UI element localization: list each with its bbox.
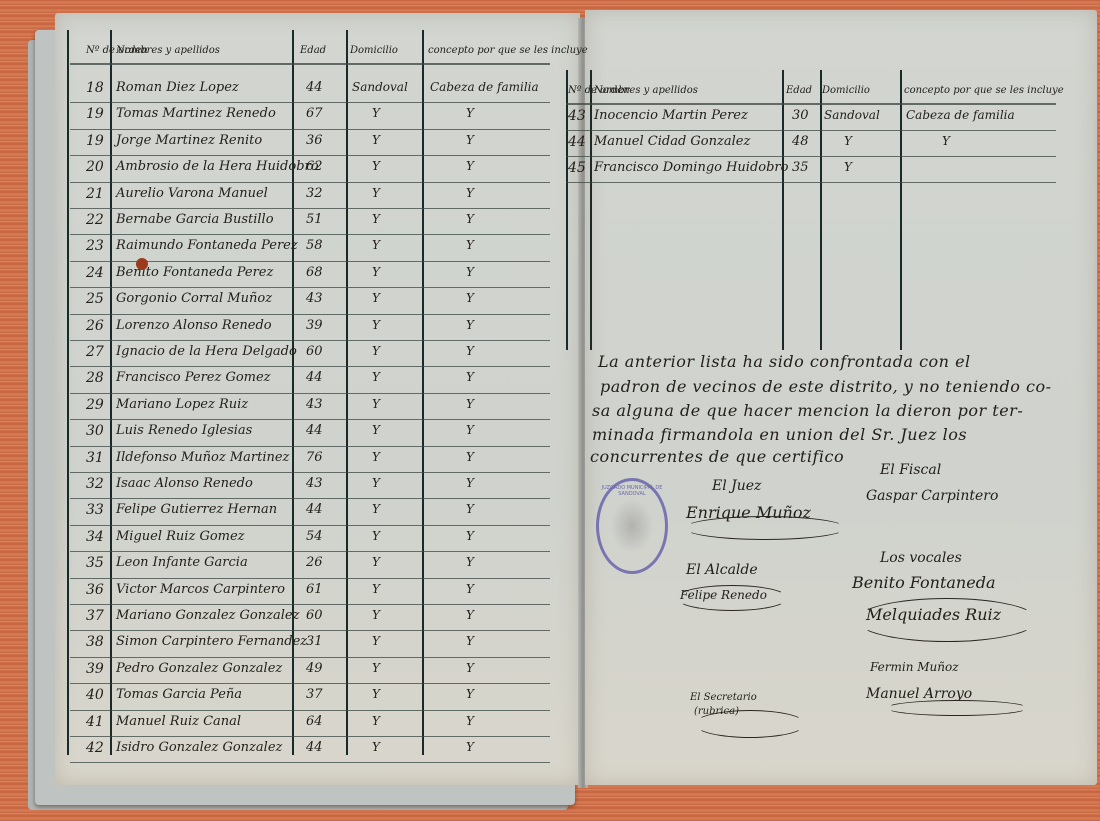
row-age: 32 <box>306 186 323 201</box>
row-age: 30 <box>792 108 809 123</box>
row-rule <box>566 156 1056 157</box>
row-number: 30 <box>86 423 104 439</box>
row-age: 44 <box>306 423 323 438</box>
row-rule <box>566 130 1056 131</box>
certification-line: padron de vecinos de este distrito, y no… <box>600 377 1051 396</box>
row-number: 36 <box>86 582 104 598</box>
row-domicile: Y <box>372 502 380 516</box>
row-concept: Y <box>466 608 474 622</box>
certification-line: sa alguna de que hacer mencion la dieron… <box>592 401 1023 420</box>
row-domicile: Y <box>372 529 380 543</box>
row-age: 48 <box>792 134 809 149</box>
row-concept: Y <box>466 265 474 279</box>
row-name: Miguel Ruiz Gomez <box>116 529 245 544</box>
signature-role: El Juez <box>712 478 761 494</box>
row-rule <box>70 604 550 605</box>
signature-name: Fermin Muñoz <box>870 660 959 674</box>
row-domicile: Y <box>372 634 380 648</box>
row-rule <box>70 683 550 684</box>
row-domicile: Y <box>844 160 852 174</box>
row-number: 41 <box>86 714 104 730</box>
row-age: 43 <box>306 476 323 491</box>
column-rule <box>820 70 822 350</box>
row-domicile: Y <box>372 238 380 252</box>
row-rule <box>70 208 550 209</box>
row-domicile: Y <box>372 370 380 384</box>
row-rule <box>70 762 550 763</box>
row-domicile: Y <box>372 714 380 728</box>
row-name: Inocencio Martin Perez <box>594 108 748 123</box>
row-concept: Y <box>466 423 474 437</box>
row-domicile: Y <box>372 133 380 147</box>
row-domicile: Y <box>372 608 380 622</box>
row-concept: Y <box>466 740 474 754</box>
row-number: 44 <box>568 134 586 150</box>
row-age: 76 <box>306 450 323 465</box>
row-name: Ignacio de la Hera Delgado <box>116 344 297 359</box>
row-rule <box>70 472 550 473</box>
row-number: 20 <box>86 159 104 175</box>
row-name: Francisco Domingo Huidobro <box>594 160 788 175</box>
signature-name: Benito Fontaneda <box>852 573 995 592</box>
certification-line: La anterior lista ha sido confrontada co… <box>598 352 971 371</box>
row-domicile: Y <box>372 212 380 226</box>
row-domicile: Y <box>844 134 852 148</box>
row-concept: Y <box>466 212 474 226</box>
column-rule <box>900 70 902 350</box>
signature-role: Los vocales <box>880 550 962 566</box>
row-rule <box>70 102 550 103</box>
row-rule <box>70 498 550 499</box>
row-age: 26 <box>306 555 323 570</box>
signature-flourish <box>856 598 1038 642</box>
row-rule <box>70 525 550 526</box>
row-concept: Y <box>466 370 474 384</box>
row-concept: Y <box>466 133 474 147</box>
row-domicile: Y <box>372 397 380 411</box>
signature-flourish <box>886 700 1028 716</box>
row-age: 61 <box>306 582 323 597</box>
column-rule <box>782 70 784 350</box>
row-concept: Y <box>466 634 474 648</box>
row-age: 44 <box>306 80 323 95</box>
row-name: Raimundo Fontaneda Perez <box>116 238 298 253</box>
row-age: 60 <box>306 608 323 623</box>
row-concept: Y <box>466 291 474 305</box>
row-rule <box>70 155 550 156</box>
row-name: Isaac Alonso Renedo <box>116 476 253 491</box>
row-age: 31 <box>306 634 323 649</box>
row-name: Bernabe Garcia Bustillo <box>116 212 274 227</box>
row-concept: Y <box>466 661 474 675</box>
row-number: 21 <box>86 186 104 202</box>
row-number: 19 <box>86 106 104 122</box>
row-name: Jorge Martinez Renito <box>116 133 262 148</box>
row-concept: Y <box>466 106 474 120</box>
wax-stain <box>136 258 148 270</box>
signature-flourish <box>684 516 846 540</box>
row-number: 28 <box>86 370 104 386</box>
column-header-name: Nombres y apellidos <box>116 45 220 56</box>
row-name: Manuel Cidad Gonzalez <box>594 134 750 149</box>
row-concept: Y <box>466 450 474 464</box>
row-rule <box>70 129 550 130</box>
row-age: 39 <box>306 318 323 333</box>
row-name: Ildefonso Muñoz Martinez <box>116 450 289 465</box>
row-age: 44 <box>306 740 323 755</box>
row-number: 27 <box>86 344 104 360</box>
row-number: 26 <box>86 318 104 334</box>
row-age: 43 <box>306 397 323 412</box>
row-name: Lorenzo Alonso Renedo <box>116 318 272 333</box>
row-domicile: Y <box>372 687 380 701</box>
row-name: Felipe Gutierrez Hernan <box>116 502 277 517</box>
row-concept: Cabeza de familia <box>906 108 1015 122</box>
row-concept: Y <box>942 134 950 148</box>
row-domicile: Sandoval <box>352 80 408 94</box>
row-rule <box>70 710 550 711</box>
signature-flourish <box>694 710 806 738</box>
row-domicile: Y <box>372 450 380 464</box>
official-stamp: JUZGADO MUNICIPAL DE SANDOVAL <box>596 478 668 574</box>
row-domicile: Y <box>372 186 380 200</box>
row-number: 42 <box>86 740 104 756</box>
row-concept: Y <box>466 159 474 173</box>
column-rule <box>590 70 592 350</box>
signature-name: Gaspar Carpintero <box>866 488 998 504</box>
row-name: Pedro Gonzalez Gonzalez <box>116 661 282 676</box>
row-domicile: Y <box>372 740 380 754</box>
column-header-domicile: Domicilio <box>822 85 870 96</box>
row-concept: Y <box>466 714 474 728</box>
row-age: 36 <box>306 133 323 148</box>
row-name: Manuel Ruiz Canal <box>116 714 241 729</box>
row-number: 24 <box>86 265 104 281</box>
row-concept: Y <box>466 582 474 596</box>
row-concept: Y <box>466 186 474 200</box>
row-age: 58 <box>306 238 323 253</box>
row-age: 49 <box>306 661 323 676</box>
row-age: 64 <box>306 714 323 729</box>
row-rule <box>70 736 550 737</box>
row-rule <box>70 630 550 631</box>
row-number: 25 <box>86 291 104 307</box>
row-rule <box>70 446 550 447</box>
row-domicile: Y <box>372 661 380 675</box>
row-age: 43 <box>306 291 323 306</box>
row-concept: Y <box>466 344 474 358</box>
row-number: 38 <box>86 634 104 650</box>
row-domicile: Y <box>372 344 380 358</box>
row-age: 67 <box>306 106 323 121</box>
row-age: 51 <box>306 212 323 227</box>
row-number: 19 <box>86 133 104 149</box>
row-number: 29 <box>86 397 104 413</box>
row-concept: Y <box>466 238 474 252</box>
right-page <box>585 10 1097 785</box>
row-age: 54 <box>306 529 323 544</box>
column-header-domicile: Domicilio <box>350 45 398 56</box>
row-rule <box>70 578 550 579</box>
row-name: Gorgonio Corral Muñoz <box>116 291 272 306</box>
row-number: 31 <box>86 450 104 466</box>
row-name: Roman Diez Lopez <box>116 80 239 95</box>
row-concept: Y <box>466 687 474 701</box>
row-concept: Y <box>466 529 474 543</box>
row-name: Mariano Gonzalez Gonzalez <box>116 608 299 623</box>
row-rule <box>70 287 550 288</box>
row-concept: Y <box>466 502 474 516</box>
row-name: Tomas Garcia Peña <box>116 687 242 702</box>
row-number: 35 <box>86 555 104 571</box>
row-age: 44 <box>306 502 323 517</box>
row-number: 32 <box>86 476 104 492</box>
row-name: Mariano Lopez Ruiz <box>116 397 248 412</box>
column-header-name: Nombres y apellidos <box>594 85 698 96</box>
column-header-concept: concepto por que se les incluye <box>428 45 588 56</box>
signature-role: El Alcalde <box>686 562 758 578</box>
row-concept: Y <box>466 318 474 332</box>
stamp-text: JUZGADO MUNICIPAL DE SANDOVAL <box>599 485 665 497</box>
column-header-age: Edad <box>786 85 812 96</box>
row-number: 33 <box>86 502 104 518</box>
header-rule <box>70 63 550 65</box>
certification-line: concurrentes de que certifico <box>590 447 844 466</box>
row-domicile: Y <box>372 265 380 279</box>
column-header-age: Edad <box>300 45 326 56</box>
row-number: 37 <box>86 608 104 624</box>
row-number: 34 <box>86 529 104 545</box>
row-number: 23 <box>86 238 104 254</box>
signature-role: El Secretario <box>690 692 757 703</box>
row-domicile: Y <box>372 291 380 305</box>
row-rule <box>70 366 550 367</box>
row-number: 40 <box>86 687 104 703</box>
row-name: Francisco Perez Gomez <box>116 370 271 385</box>
row-number: 45 <box>568 160 586 176</box>
row-rule <box>70 314 550 315</box>
row-age: 60 <box>306 344 323 359</box>
row-age: 44 <box>306 370 323 385</box>
coat-of-arms-icon <box>611 499 653 553</box>
row-concept: Y <box>466 476 474 490</box>
row-rule <box>70 182 550 183</box>
row-age: 37 <box>306 687 323 702</box>
row-domicile: Y <box>372 555 380 569</box>
row-name: Simon Carpintero Fernandez <box>116 634 307 649</box>
row-name: Luis Renedo Iglesias <box>116 423 252 438</box>
row-name: Victor Marcos Carpintero <box>116 582 285 597</box>
column-rule <box>67 30 69 755</box>
row-domicile: Y <box>372 106 380 120</box>
row-age: 35 <box>792 160 809 175</box>
row-number: 22 <box>86 212 104 228</box>
row-rule <box>70 419 550 420</box>
row-concept: Y <box>466 397 474 411</box>
row-name: Isidro Gonzalez Gonzalez <box>116 740 282 755</box>
header-rule <box>566 103 1056 105</box>
row-domicile: Y <box>372 476 380 490</box>
column-header-concept: concepto por que se les incluye <box>904 85 1064 96</box>
row-rule <box>70 340 550 341</box>
row-age: 68 <box>306 265 323 280</box>
row-concept: Y <box>466 555 474 569</box>
row-name: Tomas Martinez Renedo <box>116 106 276 121</box>
row-rule <box>70 551 550 552</box>
row-name: Ambrosio de la Hera Huidobro <box>116 159 319 174</box>
row-rule <box>70 393 550 394</box>
row-number: 18 <box>86 80 104 96</box>
row-rule <box>70 234 550 235</box>
row-domicile: Y <box>372 159 380 173</box>
row-concept: Cabeza de familia <box>430 80 539 94</box>
row-domicile: Sandoval <box>824 108 880 122</box>
row-number: 39 <box>86 661 104 677</box>
row-name: Leon Infante Garcia <box>116 555 248 570</box>
row-age: 62 <box>306 159 323 174</box>
signature-flourish <box>676 585 788 611</box>
row-domicile: Y <box>372 423 380 437</box>
signature-role: El Fiscal <box>880 462 941 478</box>
row-domicile: Y <box>372 318 380 332</box>
row-number: 43 <box>568 108 586 124</box>
row-rule <box>70 657 550 658</box>
row-domicile: Y <box>372 582 380 596</box>
row-name: Aurelio Varona Manuel <box>116 186 268 201</box>
row-rule <box>566 182 1056 183</box>
certification-line: minada firmandola en union del Sr. Juez … <box>592 425 967 444</box>
